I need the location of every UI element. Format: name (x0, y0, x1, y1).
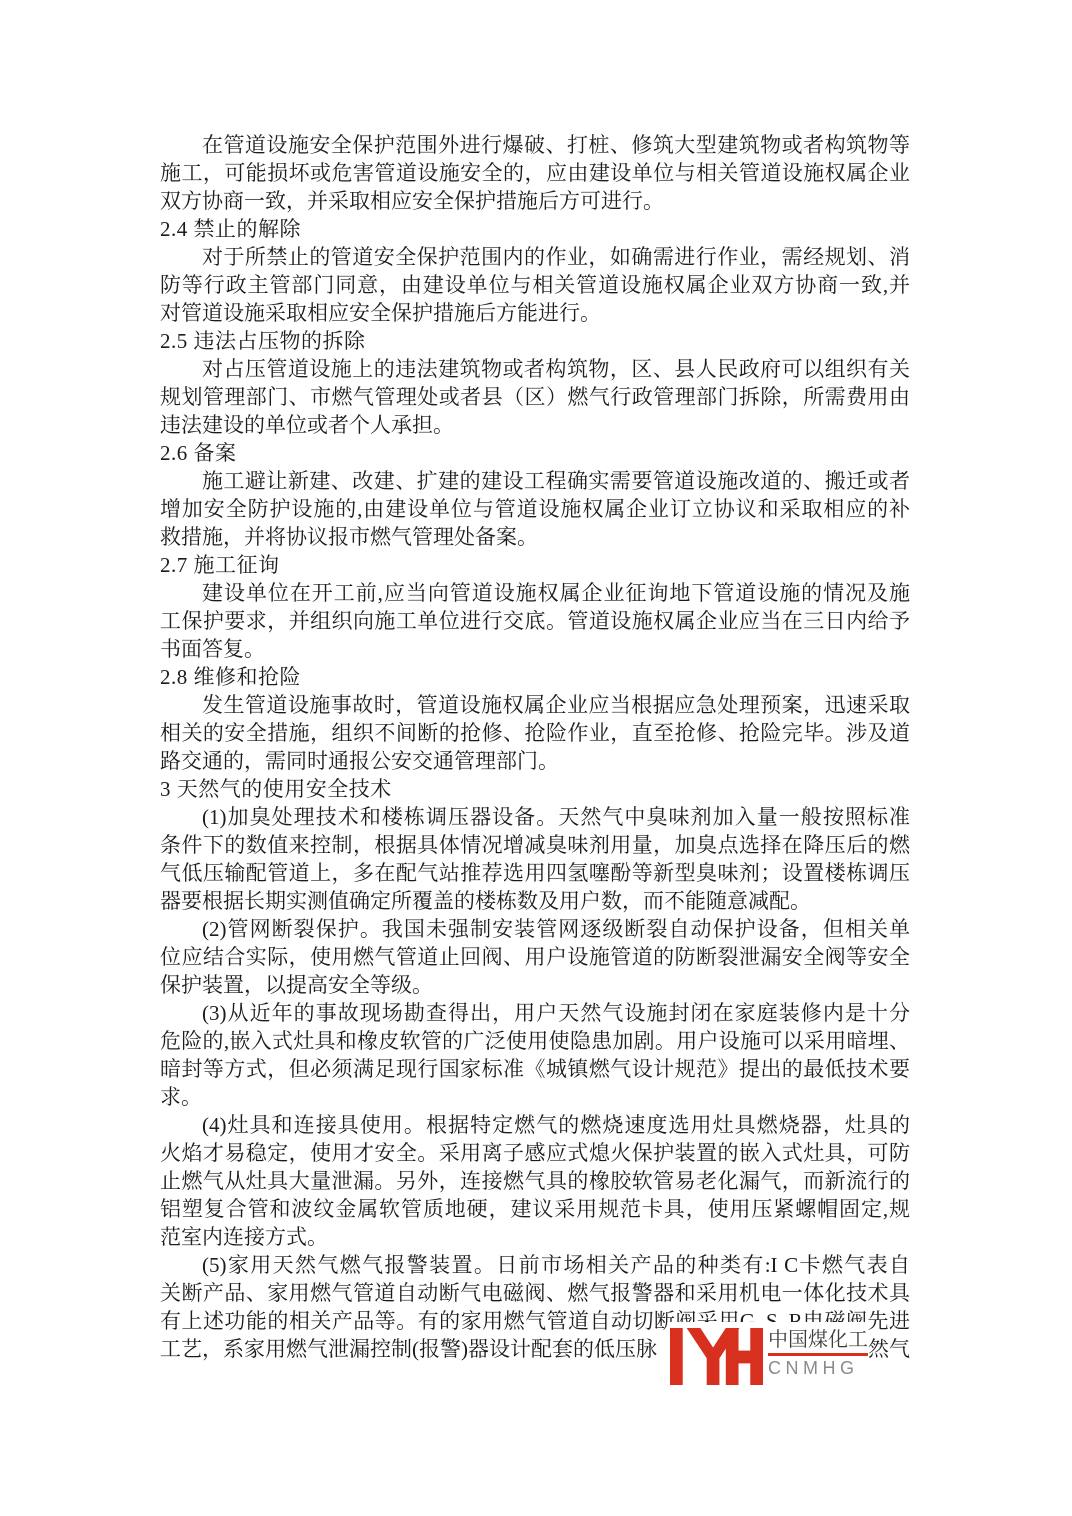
watermark: 中国煤化工 CNMHG (668, 1322, 868, 1392)
text-line: (5)家用天然气燃气报警装置。日前市场相关产品的种类有:I C卡燃气表自 (160, 1251, 910, 1279)
text-line: 条件下的数值来控制，根据具体情况增减臭味剂用量，加臭点选择在降压后的燃 (160, 831, 910, 859)
section-heading: 2.6 备案 (160, 439, 910, 467)
section-heading: 2.5 违法占压物的拆除 (160, 327, 910, 355)
text-line: (2)管网断裂保护。我国未强制安装管网逐级断裂自动保护设备，但相关单 (160, 915, 910, 943)
text-line: 铝塑复合管和波纹金属软管质地硬，建议采用规范卡具，使用压紧螺帽固定,规 (160, 1195, 910, 1223)
section-heading: 2.7 施工征询 (160, 551, 910, 579)
text-line: 对占压管道设施上的违法建筑物或者构筑物，区、县人民政府可以组织有关 (160, 355, 910, 383)
watermark-text-block: 中国煤化工 CNMHG (768, 1328, 868, 1379)
text-line: (4)灶具和连接具使用。根据特定燃气的燃烧速度选用灶具燃烧器，灶具的 (160, 1111, 910, 1139)
text-line: 对于所禁止的管道安全保护范围内的作业，如确需进行作业，需经规划、消 (160, 243, 910, 271)
text-line: 施工避让新建、改建、扩建的建设工程确实需要管道设施改道的、搬迁或者 (160, 467, 910, 495)
text-line: 相关的安全措施，组织不间断的抢修、抢险作业，直至抢修、抢险完毕。涉及道 (160, 719, 910, 747)
text-line: 求。 (160, 1083, 910, 1111)
text-line: 危险的,嵌入式灶具和橡皮软管的广泛使用使隐患加剧。用户设施可以采用暗埋、 (160, 1027, 910, 1055)
watermark-brand-en: CNMHG (768, 1358, 868, 1379)
section-heading: 3 天然气的使用安全技术 (160, 775, 910, 803)
document-page: 在管道设施安全保护范围外进行爆破、打桩、修筑大型建筑物或者构筑物等施工，可能损坏… (0, 0, 1072, 1516)
section-heading: 2.4 禁止的解除 (160, 215, 910, 243)
text-line: 暗封等方式，但必须满足现行国家标准《城镇燃气设计规范》提出的最低技术要 (160, 1055, 910, 1083)
text-line: 发生管道设施事故时，管道设施权属企业应当根据应急处理预案，迅速采取 (160, 691, 910, 719)
watermark-underline (768, 1353, 868, 1356)
text-line: 在管道设施安全保护范围外进行爆破、打桩、修筑大型建筑物或者构筑物等 (160, 131, 910, 159)
text-line: 违法建设的单位或者个人承担。 (160, 411, 910, 439)
text-line: 施工，可能损坏或危害管道设施安全的，应由建设单位与相关管道设施权属企业 (160, 159, 910, 187)
text-line: 书面答复。 (160, 635, 910, 663)
text-line: 气低压输配管道上，多在配气站推荐选用四氢噻酚等新型臭味剂；设置楼栋调压 (160, 859, 910, 887)
document-text-block: 在管道设施安全保护范围外进行爆破、打桩、修筑大型建筑物或者构筑物等施工，可能损坏… (160, 131, 910, 1363)
text-line: 位应结合实际，使用燃气管道止回阀、用户设施管道的防断裂泄漏安全阀等安全 (160, 943, 910, 971)
text-line-suffix: 然气 (868, 1335, 910, 1363)
cnmhg-logo-glyph (670, 1328, 763, 1385)
text-line: (1)加臭处理技术和楼栋调压器设备。天然气中臭味剂加入量一般按照标准 (160, 803, 910, 831)
text-line: 器要根据长期实测值确定所覆盖的楼栋数及用户数，而不能随意减配。 (160, 887, 910, 915)
watermark-brand-cn: 中国煤化工 (768, 1328, 868, 1352)
text-line: 关断产品、家用燃气管道自动断气电磁阀、燃气报警器和采用机电一体化技术具 (160, 1279, 910, 1307)
text-line: 止燃气从灶具大量泄漏。另外，连接燃气具的橡胶软管易老化漏气，而新流行的 (160, 1167, 910, 1195)
text-line: 规划管理部门、市燃气管理处或者县（区）燃气行政管理部门拆除，所需费用由 (160, 383, 910, 411)
text-line: (3)从近年的事故现场勘查得出，用户天然气设施封闭在家庭装修内是十分 (160, 999, 910, 1027)
text-line: 防等行政主管部门同意，由建设单位与相关管道设施权属企业双方协商一致,并 (160, 271, 910, 299)
text-line: 工保护要求，并组织向施工单位进行交底。管道设施权属企业应当在三日内给予 (160, 607, 910, 635)
text-line: 对管道设施采取相应安全保护措施后方能进行。 (160, 299, 910, 327)
text-line: 双方协商一致，并采取相应安全保护措施后方可进行。 (160, 187, 910, 215)
text-line: 增加安全防护设施的,由建设单位与管道设施权属企业订立协议和采取相应的补 (160, 495, 910, 523)
section-heading: 2.8 维修和抢险 (160, 663, 910, 691)
text-line: 范室内连接方式。 (160, 1223, 910, 1251)
text-line: 火焰才易稳定，使用才安全。采用离子感应式熄火保护装置的嵌入式灶具，可防 (160, 1139, 910, 1167)
text-line: 建设单位在开工前,应当向管道设施权属企业征询地下管道设施的情况及施 (160, 579, 910, 607)
text-line: 保护装置，以提高安全等级。 (160, 971, 910, 999)
text-line: 救措施，并将协议报市燃气管理处备案。 (160, 523, 910, 551)
text-line-prefix: 工艺，系家用燃气泄漏控制(报警)器设计配套的低压脉 (160, 1337, 657, 1361)
text-line: 路交通的，需同时通报公安交通管理部门。 (160, 747, 910, 775)
